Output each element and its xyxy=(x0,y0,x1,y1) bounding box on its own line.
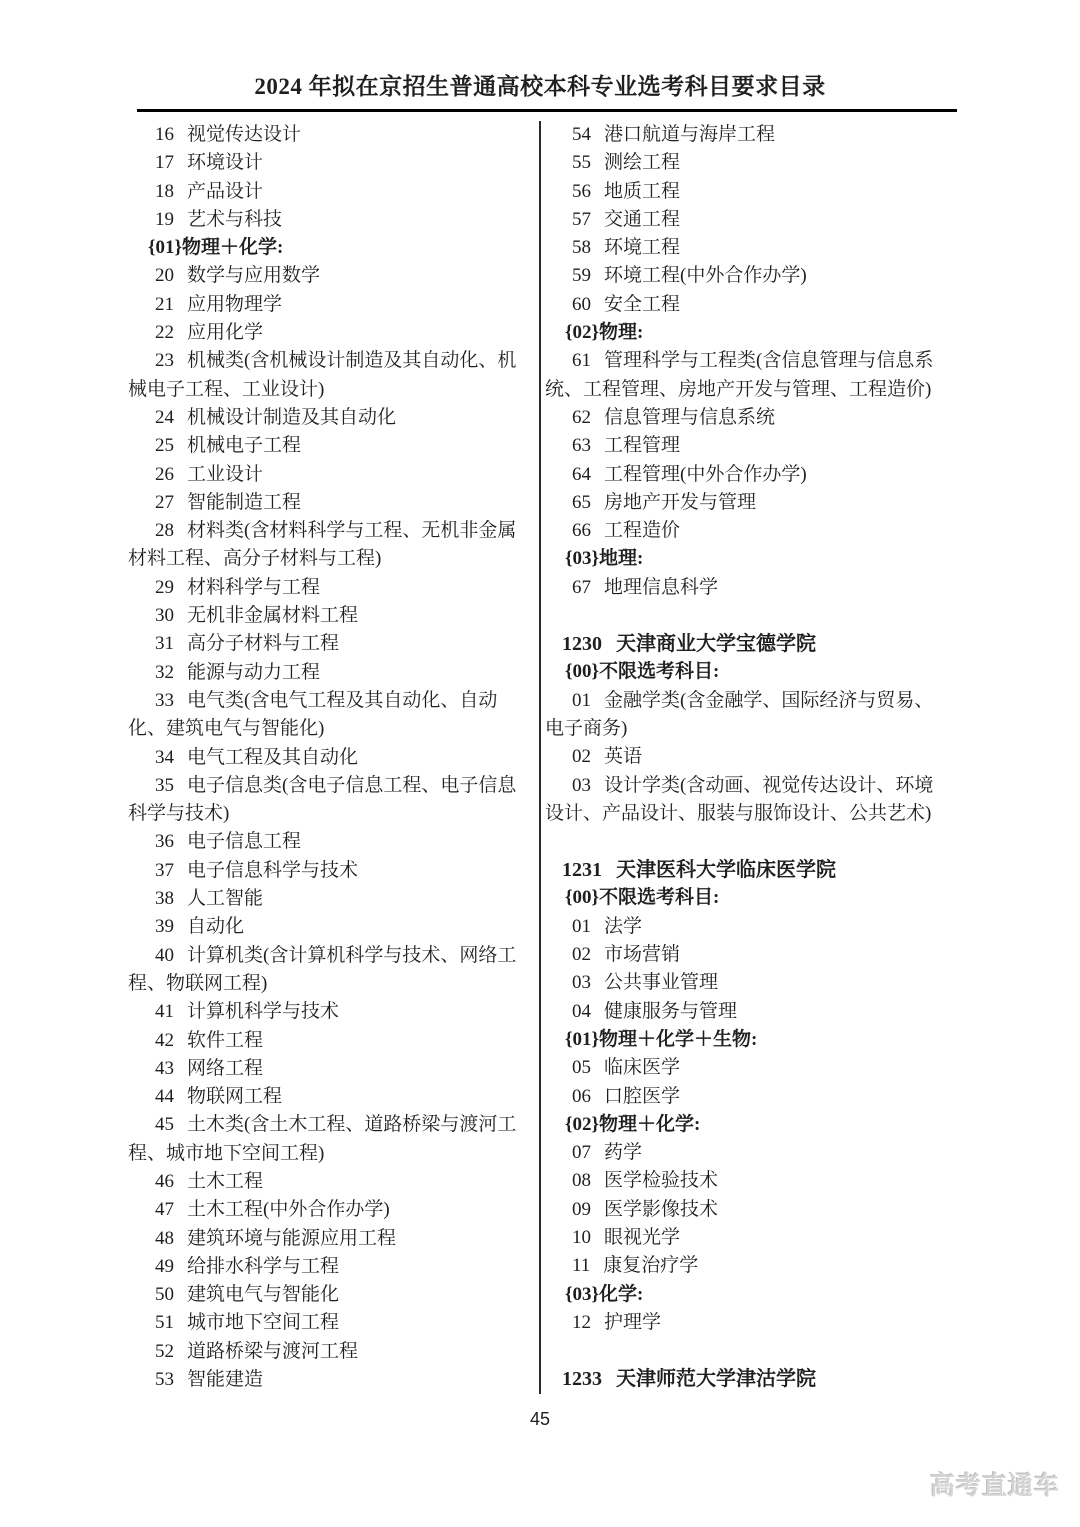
major-item: 44物联网工程 xyxy=(128,1083,524,1111)
major-item: 67地理信息科学 xyxy=(545,574,949,602)
page-header: 2024 年拟在京招生普通高校本科专业选考科目要求目录 xyxy=(0,0,1080,112)
major-item: 22应用化学 xyxy=(128,319,524,347)
major-item: 59环境工程(中外合作办学) xyxy=(545,262,949,290)
major-name: 信息管理与信息系统 xyxy=(604,407,775,428)
major-name: 临床医学 xyxy=(604,1057,680,1078)
major-name: 自动化 xyxy=(187,916,244,937)
major-name: 金融学类(含金融学、国际经济与贸易、电子商务) xyxy=(545,690,933,739)
major-name: 数学与应用数学 xyxy=(187,265,320,286)
major-name: 电子信息工程 xyxy=(187,831,301,852)
major-number: 06 xyxy=(572,1086,591,1107)
right-column: 54港口航道与海岸工程55测绘工程56地质工程57交通工程58环境工程59环境工… xyxy=(545,121,949,1394)
page-number: 45 xyxy=(0,1409,1080,1430)
major-name: 工业设计 xyxy=(187,464,263,485)
major-item: 10眼视光学 xyxy=(545,1224,949,1252)
major-name: 英语 xyxy=(604,746,642,767)
major-name: 房地产开发与管理 xyxy=(604,492,756,513)
university-name: 天津商业大学宝德学院 xyxy=(616,633,816,655)
major-item: 16视觉传达设计 xyxy=(128,121,524,149)
major-item: 50建筑电气与智能化 xyxy=(128,1281,524,1309)
major-number: 55 xyxy=(572,152,591,173)
major-item: 21应用物理学 xyxy=(128,291,524,319)
major-item: 65房地产开发与管理 xyxy=(545,489,949,517)
major-number: 22 xyxy=(155,322,174,343)
major-item: 60安全工程 xyxy=(545,291,949,319)
major-item: 35电子信息类(含电子信息工程、电子信息科学与技术) xyxy=(128,772,524,829)
major-number: 38 xyxy=(155,888,174,909)
requirement-label: 地理: xyxy=(599,548,643,569)
requirement-label: 不限选考科目: xyxy=(599,887,719,908)
major-item: 37电子信息科学与技术 xyxy=(128,857,524,885)
major-name: 艺术与科技 xyxy=(187,209,282,230)
major-item: 46土木工程 xyxy=(128,1168,524,1196)
major-number: 60 xyxy=(572,294,591,315)
major-item: 66工程造价 xyxy=(545,517,949,545)
major-number: 61 xyxy=(572,350,591,371)
major-name: 机械电子工程 xyxy=(187,435,301,456)
major-item: 23机械类(含机械设计制造及其自动化、机械电子工程、工业设计) xyxy=(128,347,524,404)
major-name: 管理科学与工程类(含信息管理与信息系统、工程管理、房地产开发与管理、工程造价) xyxy=(545,350,933,399)
major-number: 40 xyxy=(155,945,174,966)
major-item: 02市场营销 xyxy=(545,941,949,969)
major-item: 47土木工程(中外合作办学) xyxy=(128,1196,524,1224)
major-number: 19 xyxy=(155,209,174,230)
major-name: 土木工程(中外合作办学) xyxy=(187,1199,390,1220)
major-item: 51城市地下空间工程 xyxy=(128,1309,524,1337)
major-item: 54港口航道与海岸工程 xyxy=(545,121,949,149)
major-name: 环境工程 xyxy=(604,237,680,258)
university-header: 1230天津商业大学宝德学院 xyxy=(545,630,949,658)
major-name: 给排水科学与工程 xyxy=(187,1256,339,1277)
document-page: 2024 年拟在京招生普通高校本科专业选考科目要求目录 16视觉传达设计17环境… xyxy=(0,0,1080,1527)
subject-requirement-header: {01}物理＋化学: xyxy=(128,234,524,262)
subject-requirement-header: {00}不限选考科目: xyxy=(545,658,949,686)
major-number: 42 xyxy=(155,1030,174,1051)
university-code: 1233 xyxy=(562,1368,602,1390)
requirement-label: 物理: xyxy=(599,322,643,343)
major-number: 01 xyxy=(572,916,591,937)
major-name: 地理信息科学 xyxy=(604,577,718,598)
left-column: 16视觉传达设计17环境设计18产品设计19艺术与科技{01}物理＋化学:20数… xyxy=(128,121,524,1394)
page-title: 2024 年拟在京招生普通高校本科专业选考科目要求目录 xyxy=(0,74,1080,100)
major-number: 52 xyxy=(155,1341,174,1362)
major-name: 电子信息科学与技术 xyxy=(187,860,358,881)
major-name: 产品设计 xyxy=(187,181,263,202)
major-name: 护理学 xyxy=(604,1312,661,1333)
major-name: 环境设计 xyxy=(187,152,263,173)
major-item: 19艺术与科技 xyxy=(128,206,524,234)
major-item: 18产品设计 xyxy=(128,178,524,206)
subject-requirement-header: {02}物理: xyxy=(545,319,949,347)
major-name: 能源与动力工程 xyxy=(187,662,320,683)
requirement-label: 物理＋化学: xyxy=(182,237,283,258)
requirement-code: {03} xyxy=(565,1284,599,1305)
major-number: 44 xyxy=(155,1086,174,1107)
major-number: 53 xyxy=(155,1369,174,1390)
requirement-code: {01} xyxy=(148,237,182,258)
major-item: 42软件工程 xyxy=(128,1027,524,1055)
subject-requirement-header: {03}地理: xyxy=(545,545,949,573)
major-name: 测绘工程 xyxy=(604,152,680,173)
major-name: 市场营销 xyxy=(604,944,680,965)
requirement-code: {03} xyxy=(565,548,599,569)
major-name: 建筑电气与智能化 xyxy=(187,1284,339,1305)
major-number: 31 xyxy=(155,633,174,654)
major-item: 43网络工程 xyxy=(128,1055,524,1083)
major-name: 高分子材料与工程 xyxy=(187,633,339,654)
major-name: 环境工程(中外合作办学) xyxy=(604,265,807,286)
major-number: 34 xyxy=(155,747,174,768)
major-number: 51 xyxy=(155,1312,174,1333)
major-number: 43 xyxy=(155,1058,174,1079)
major-item: 04健康服务与管理 xyxy=(545,998,949,1026)
major-number: 25 xyxy=(155,435,174,456)
major-item: 56地质工程 xyxy=(545,178,949,206)
major-item: 45土木类(含土木工程、道路桥梁与渡河工程、城市地下空间工程) xyxy=(128,1111,524,1168)
major-number: 23 xyxy=(155,350,174,371)
major-number: 62 xyxy=(572,407,591,428)
major-item: 33电气类(含电气工程及其自动化、自动化、建筑电气与智能化) xyxy=(128,687,524,744)
subject-requirement-header: {00}不限选考科目: xyxy=(545,884,949,912)
major-number: 39 xyxy=(155,916,174,937)
major-number: 08 xyxy=(572,1170,591,1191)
requirement-label: 化学: xyxy=(599,1284,643,1305)
major-item: 53智能建造 xyxy=(128,1366,524,1394)
major-name: 应用物理学 xyxy=(187,294,282,315)
major-item: 57交通工程 xyxy=(545,206,949,234)
requirement-code: {00} xyxy=(565,887,599,908)
major-name: 计算机类(含计算机科学与技术、网络工程、物联网工程) xyxy=(128,945,516,994)
major-number: 56 xyxy=(572,181,591,202)
major-name: 电气类(含电气工程及其自动化、自动化、建筑电气与智能化) xyxy=(128,690,497,739)
major-item: 01法学 xyxy=(545,913,949,941)
major-item: 58环境工程 xyxy=(545,234,949,262)
university-name: 天津医科大学临床医学院 xyxy=(616,859,836,881)
major-name: 智能制造工程 xyxy=(187,492,301,513)
major-item: 12护理学 xyxy=(545,1309,949,1337)
major-number: 20 xyxy=(155,265,174,286)
major-name: 安全工程 xyxy=(604,294,680,315)
major-number: 03 xyxy=(572,775,591,796)
major-item: 05临床医学 xyxy=(545,1054,949,1082)
major-item: 31高分子材料与工程 xyxy=(128,630,524,658)
major-number: 16 xyxy=(155,124,174,145)
major-number: 50 xyxy=(155,1284,174,1305)
major-item: 36电子信息工程 xyxy=(128,828,524,856)
major-name: 医学影像技术 xyxy=(604,1199,718,1220)
major-item: 01金融学类(含金融学、国际经济与贸易、电子商务) xyxy=(545,687,949,744)
major-item: 09医学影像技术 xyxy=(545,1196,949,1224)
major-name: 眼视光学 xyxy=(604,1227,680,1248)
major-number: 59 xyxy=(572,265,591,286)
major-item: 38人工智能 xyxy=(128,885,524,913)
major-name: 材料类(含材料科学与工程、无机非金属材料工程、高分子材料与工程) xyxy=(128,520,516,569)
major-name: 土木类(含土木工程、道路桥梁与渡河工程、城市地下空间工程) xyxy=(128,1114,516,1163)
major-number: 47 xyxy=(155,1199,174,1220)
major-number: 07 xyxy=(572,1142,591,1163)
requirement-code: {01} xyxy=(565,1029,599,1050)
major-item: 08医学检验技术 xyxy=(545,1167,949,1195)
major-number: 37 xyxy=(155,860,174,881)
requirement-label: 物理＋化学: xyxy=(599,1114,700,1135)
university-header: 1231天津医科大学临床医学院 xyxy=(545,856,949,884)
major-name: 健康服务与管理 xyxy=(604,1001,737,1022)
requirement-code: {02} xyxy=(565,1114,599,1135)
major-name: 工程管理(中外合作办学) xyxy=(604,464,807,485)
major-item: 52道路桥梁与渡河工程 xyxy=(128,1338,524,1366)
subject-requirement-header: {03}化学: xyxy=(545,1281,949,1309)
major-number: 02 xyxy=(572,746,591,767)
major-item: 61管理科学与工程类(含信息管理与信息系统、工程管理、房地产开发与管理、工程造价… xyxy=(545,347,949,404)
university-code: 1230 xyxy=(562,633,602,655)
major-number: 67 xyxy=(572,577,591,598)
major-number: 58 xyxy=(572,237,591,258)
major-number: 03 xyxy=(572,972,591,993)
major-name: 城市地下空间工程 xyxy=(187,1312,339,1333)
major-name: 工程造价 xyxy=(604,520,680,541)
major-item: 11康复治疗学 xyxy=(545,1252,949,1280)
major-number: 18 xyxy=(155,181,174,202)
major-name: 无机非金属材料工程 xyxy=(187,605,358,626)
major-name: 计算机科学与技术 xyxy=(187,1001,339,1022)
major-item: 28材料类(含材料科学与工程、无机非金属材料工程、高分子材料与工程) xyxy=(128,517,524,574)
major-name: 康复治疗学 xyxy=(603,1255,698,1276)
major-number: 21 xyxy=(155,294,174,315)
subject-requirement-header: {02}物理＋化学: xyxy=(545,1111,949,1139)
major-item: 40计算机类(含计算机科学与技术、网络工程、物联网工程) xyxy=(128,942,524,999)
major-number: 29 xyxy=(155,577,174,598)
major-name: 建筑环境与能源应用工程 xyxy=(187,1228,396,1249)
major-number: 12 xyxy=(572,1312,591,1333)
major-number: 24 xyxy=(155,407,174,428)
requirement-label: 物理＋化学＋生物: xyxy=(599,1029,757,1050)
requirement-label: 不限选考科目: xyxy=(599,661,719,682)
major-item: 20数学与应用数学 xyxy=(128,262,524,290)
major-item: 49给排水科学与工程 xyxy=(128,1253,524,1281)
major-item: 24机械设计制造及其自动化 xyxy=(128,404,524,432)
major-name: 物联网工程 xyxy=(187,1086,282,1107)
major-number: 45 xyxy=(155,1114,174,1135)
major-number: 32 xyxy=(155,662,174,683)
major-item: 29材料科学与工程 xyxy=(128,574,524,602)
major-item: 27智能制造工程 xyxy=(128,489,524,517)
major-number: 49 xyxy=(155,1256,174,1277)
major-name: 设计学类(含动画、视觉传达设计、环境设计、产品设计、服装与服饰设计、公共艺术) xyxy=(545,775,933,824)
major-number: 02 xyxy=(572,944,591,965)
major-name: 法学 xyxy=(604,916,642,937)
major-number: 28 xyxy=(155,520,174,541)
major-item: 02英语 xyxy=(545,743,949,771)
major-number: 10 xyxy=(572,1227,591,1248)
major-item: 34电气工程及其自动化 xyxy=(128,744,524,772)
major-name: 医学检验技术 xyxy=(604,1170,718,1191)
requirement-code: {00} xyxy=(565,661,599,682)
major-number: 27 xyxy=(155,492,174,513)
university-header: 1233天津师范大学津沽学院 xyxy=(545,1365,949,1393)
major-item: 07药学 xyxy=(545,1139,949,1167)
major-number: 11 xyxy=(572,1255,590,1276)
major-item: 03设计学类(含动画、视觉传达设计、环境设计、产品设计、服装与服饰设计、公共艺术… xyxy=(545,772,949,829)
major-number: 26 xyxy=(155,464,174,485)
major-number: 01 xyxy=(572,690,591,711)
major-name: 人工智能 xyxy=(187,888,263,909)
major-item: 03公共事业管理 xyxy=(545,969,949,997)
major-name: 口腔医学 xyxy=(604,1086,680,1107)
major-item: 30无机非金属材料工程 xyxy=(128,602,524,630)
major-name: 网络工程 xyxy=(187,1058,263,1079)
major-name: 药学 xyxy=(604,1142,642,1163)
title-divider xyxy=(137,109,957,112)
major-number: 54 xyxy=(572,124,591,145)
two-column-body: 16视觉传达设计17环境设计18产品设计19艺术与科技{01}物理＋化学:20数… xyxy=(128,121,1080,1394)
major-item: 55测绘工程 xyxy=(545,149,949,177)
major-number: 30 xyxy=(155,605,174,626)
major-number: 63 xyxy=(572,435,591,456)
major-name: 材料科学与工程 xyxy=(187,577,320,598)
major-number: 17 xyxy=(155,152,174,173)
major-item: 39自动化 xyxy=(128,913,524,941)
major-name: 智能建造 xyxy=(187,1369,263,1390)
major-name: 机械类(含机械设计制造及其自动化、机械电子工程、工业设计) xyxy=(128,350,516,399)
major-number: 05 xyxy=(572,1057,591,1078)
major-name: 交通工程 xyxy=(604,209,680,230)
major-number: 66 xyxy=(572,520,591,541)
university-name: 天津师范大学津沽学院 xyxy=(616,1368,816,1390)
major-number: 04 xyxy=(572,1001,591,1022)
major-item: 17环境设计 xyxy=(128,149,524,177)
major-name: 公共事业管理 xyxy=(604,972,718,993)
major-name: 应用化学 xyxy=(187,322,263,343)
major-name: 土木工程 xyxy=(187,1171,263,1192)
major-item: 48建筑环境与能源应用工程 xyxy=(128,1225,524,1253)
major-number: 09 xyxy=(572,1199,591,1220)
major-name: 地质工程 xyxy=(604,181,680,202)
major-number: 41 xyxy=(155,1001,174,1022)
major-number: 46 xyxy=(155,1171,174,1192)
major-number: 65 xyxy=(572,492,591,513)
major-number: 35 xyxy=(155,775,174,796)
major-name: 软件工程 xyxy=(187,1030,263,1051)
major-name: 视觉传达设计 xyxy=(187,124,301,145)
watermark: 高考直通车 xyxy=(930,1466,1060,1502)
major-item: 25机械电子工程 xyxy=(128,432,524,460)
major-number: 57 xyxy=(572,209,591,230)
column-divider xyxy=(539,121,541,1394)
major-number: 48 xyxy=(155,1228,174,1249)
major-item: 41计算机科学与技术 xyxy=(128,998,524,1026)
major-name: 工程管理 xyxy=(604,435,680,456)
major-number: 64 xyxy=(572,464,591,485)
major-item: 63工程管理 xyxy=(545,432,949,460)
major-item: 26工业设计 xyxy=(128,461,524,489)
major-item: 64工程管理(中外合作办学) xyxy=(545,461,949,489)
university-code: 1231 xyxy=(562,859,602,881)
major-name: 港口航道与海岸工程 xyxy=(604,124,775,145)
major-item: 06口腔医学 xyxy=(545,1083,949,1111)
subject-requirement-header: {01}物理＋化学＋生物: xyxy=(545,1026,949,1054)
major-item: 62信息管理与信息系统 xyxy=(545,404,949,432)
major-name: 电气工程及其自动化 xyxy=(187,747,358,768)
major-name: 电子信息类(含电子信息工程、电子信息科学与技术) xyxy=(128,775,516,824)
major-name: 机械设计制造及其自动化 xyxy=(187,407,396,428)
major-name: 道路桥梁与渡河工程 xyxy=(187,1341,358,1362)
requirement-code: {02} xyxy=(565,322,599,343)
major-item: 32能源与动力工程 xyxy=(128,659,524,687)
major-number: 33 xyxy=(155,690,174,711)
major-number: 36 xyxy=(155,831,174,852)
